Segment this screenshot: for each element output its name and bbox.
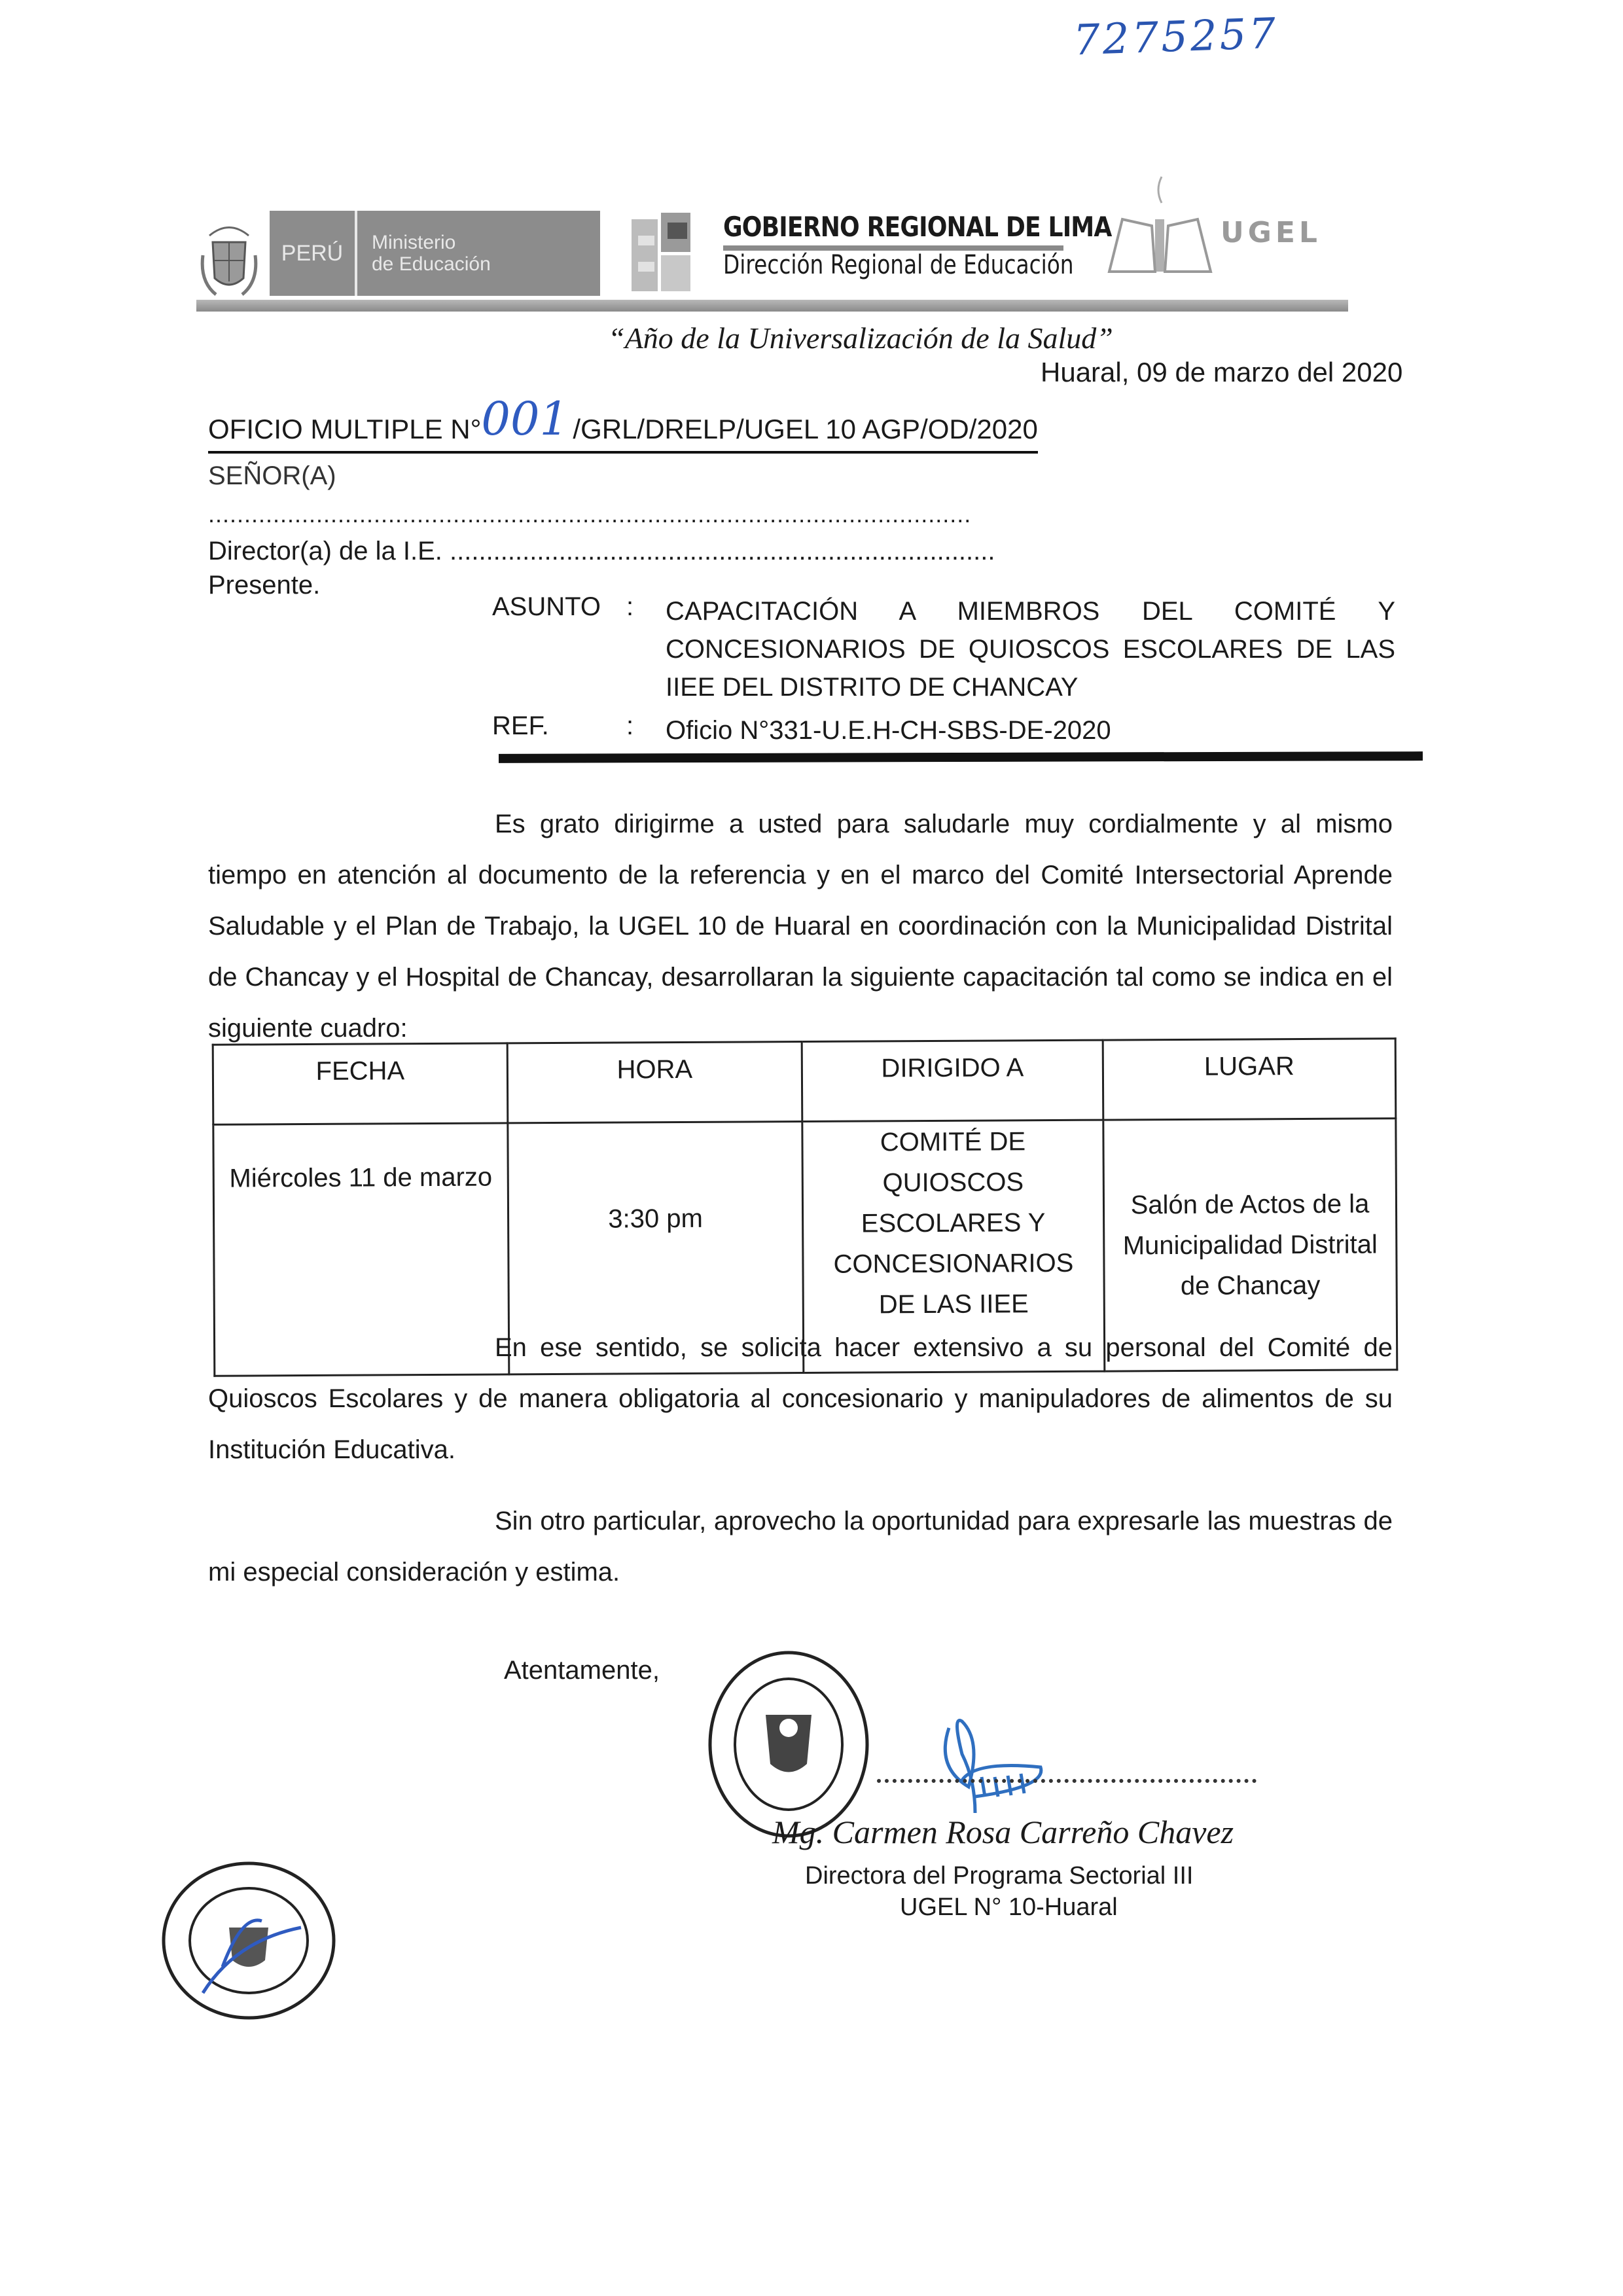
reference-row: REF. : Oficio N°331-U.E.H-CH-SBS-DE-2020 — [492, 711, 1395, 749]
oficio-handwritten-number: 001 — [481, 392, 573, 446]
place-and-date: Huaral, 09 de marzo del 2020 — [1041, 357, 1402, 388]
subject-reference-block: ASUNTO : CAPACITACIÓN A MIEMBROS DEL COM… — [492, 592, 1395, 755]
subject-value: CAPACITACIÓN A MIEMBROS DEL COMITÉ Y CON… — [666, 592, 1395, 706]
ugel-book-logo-icon — [1099, 173, 1217, 285]
reference-label: REF. — [492, 711, 626, 749]
handwritten-signature-icon — [936, 1715, 1054, 1820]
oficio-prefix: OFICIO MULTIPLE N° — [208, 414, 481, 444]
peru-coat-of-arms-icon — [196, 216, 262, 301]
subject-row: ASUNTO : CAPACITACIÓN A MIEMBROS DEL COM… — [492, 592, 1395, 706]
header-hora: HORA — [507, 1042, 802, 1123]
handwritten-registry-number: 7275257 — [1073, 10, 1279, 65]
body-paragraph-1: Es grato dirigirme a usted para saludarl… — [208, 798, 1393, 1054]
schedule-table-header: FECHA HORA DIRIGIDO A LUGAR — [213, 1039, 1396, 1124]
year-motto: “Año de la Universalización de la Salud” — [0, 321, 1623, 355]
ministry-line1: Ministerio — [372, 232, 491, 253]
subject-divider — [499, 751, 1423, 763]
regional-direction-subtitle: Dirección Regional de Educación — [723, 250, 1074, 280]
regional-government-title: GOBIERNO REGIONAL DE LIMA — [723, 211, 1111, 243]
signer-role: Directora del Programa Sectorial III — [805, 1862, 1193, 1890]
signer-organization: UGEL N° 10-Huaral — [900, 1893, 1118, 1922]
body-paragraph-2: En ese sentido, se solicita hacer extens… — [208, 1322, 1393, 1475]
signer-name: Mg. Carmen Rosa Carreño Chavez — [772, 1813, 1234, 1851]
addressee-blank-line: ........................................… — [208, 501, 971, 528]
header-fecha: FECHA — [213, 1043, 508, 1124]
subject-colon: : — [626, 592, 666, 706]
reference-value: Oficio N°331-U.E.H-CH-SBS-DE-2020 — [666, 711, 1395, 749]
reference-colon: : — [626, 711, 666, 749]
subject-label: ASUNTO — [492, 592, 626, 706]
ministry-pedagogical-area-seal-icon — [157, 1856, 353, 2026]
oficio-number: OFICIO MULTIPLE N°001/GRL/DRELP/UGEL 10 … — [208, 396, 1038, 454]
ministry-of-education-logo: PERÚ Ministerio de Educación — [270, 211, 600, 296]
oficio-suffix: /GRL/DRELP/UGEL 10 AGP/OD/2020 — [573, 414, 1037, 444]
header-divider — [196, 300, 1348, 312]
ugel-label: UGEL — [1221, 216, 1321, 249]
signature-line — [877, 1779, 1257, 1783]
body-paragraph-3: Sin otro particular, aprovecho la oportu… — [208, 1496, 1393, 1598]
regional-government-logo-icon — [628, 213, 694, 298]
header-lugar: LUGAR — [1103, 1039, 1396, 1120]
ministry-line2: de Educación — [372, 253, 491, 275]
peru-label: PERÚ — [270, 211, 357, 296]
closing-greeting: Atentamente, — [504, 1656, 660, 1685]
presente: Presente. — [208, 571, 320, 600]
salutation: SEÑOR(A) — [208, 461, 336, 491]
header-dirigido: DIRIGIDO A — [802, 1040, 1103, 1121]
director-line: Director(a) de la I.E. .................… — [208, 537, 995, 566]
ministry-name: Ministerio de Educación — [357, 211, 491, 296]
